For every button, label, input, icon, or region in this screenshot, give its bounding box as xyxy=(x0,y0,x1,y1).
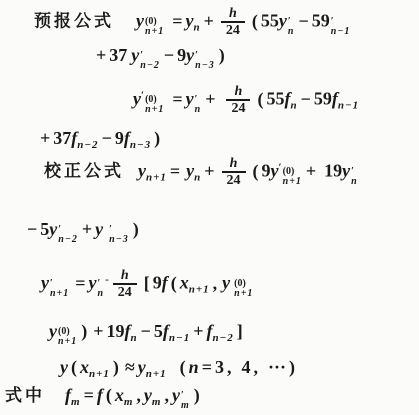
operator: ) xyxy=(154,128,160,148)
operator: , xyxy=(136,385,141,405)
number: 55 xyxy=(266,89,284,109)
superscript: ′ xyxy=(279,162,282,174)
number: 37 xyxy=(53,128,71,148)
variable: y xyxy=(95,219,103,239)
superscript-subscript-stack: ′n−3 xyxy=(109,225,129,245)
variable: y xyxy=(186,89,194,109)
operator: = xyxy=(75,273,85,293)
operator: + xyxy=(93,321,103,341)
fraction: h24 xyxy=(226,84,250,117)
predictor-derivative-line-2: +37fn−2−9fn−3) xyxy=(37,127,163,153)
operator: + xyxy=(306,161,316,181)
number: ··· xyxy=(268,357,286,377)
scanned-math-textbook-page: 预报公式y(0)n+1=yn+h24(55y′n−59′n−1+37y′n−2−… xyxy=(0,0,419,415)
operator: − xyxy=(102,128,112,148)
fraction-denominator: 24 xyxy=(221,21,245,39)
variable: y xyxy=(186,45,194,65)
number: 3 xyxy=(215,357,224,377)
variable: y xyxy=(271,161,279,181)
variable: y xyxy=(186,161,194,181)
operator: [ xyxy=(144,273,150,293)
variable: f xyxy=(162,273,168,293)
variable: x xyxy=(115,385,124,405)
operator: + xyxy=(205,89,215,109)
fraction-numerator: h xyxy=(221,6,245,21)
operator: ] xyxy=(237,321,243,341)
subscript: n−1 xyxy=(338,100,359,112)
predictor-formula-line-1: 预报公式y(0)n+1=yn+h24(55y′n−59′n−1 xyxy=(34,6,351,39)
number: 9 xyxy=(115,128,124,148)
number: 9 xyxy=(153,273,162,293)
subscript: m xyxy=(152,396,162,408)
variable: y xyxy=(60,357,68,377)
fraction-numerator: h xyxy=(222,156,246,171)
fraction-denominator: 24 xyxy=(226,99,250,117)
corrector-formula-line-1: 校正公式yn+1=yn+h24(9y′(0)n+1+19y′n xyxy=(44,156,359,189)
superscript-subscript-stack: ′n xyxy=(98,279,105,299)
operator: + xyxy=(96,45,106,65)
superscript-subscript-stack: ′n−3 xyxy=(195,51,215,71)
number: 19 xyxy=(107,321,125,341)
subscript: n+1 xyxy=(145,27,164,37)
operator: ( xyxy=(106,385,112,405)
operator: ) xyxy=(113,357,119,377)
variable: y xyxy=(222,273,230,293)
cjk-label: 校正公式 xyxy=(44,162,124,182)
fraction-numerator: h xyxy=(226,84,250,99)
operator: = xyxy=(84,385,94,405)
superscript-subscript-stack: (0)n+1 xyxy=(234,279,253,299)
number: 37 xyxy=(109,45,127,65)
number: 5 xyxy=(40,219,49,239)
operator: = xyxy=(172,11,182,31)
variable: y xyxy=(136,11,144,31)
operator: = xyxy=(170,161,180,181)
corrector-formula-line-2: −5y′n−2+y′n−3) xyxy=(24,218,142,245)
subscript: n+1 xyxy=(283,177,302,187)
number: 59 xyxy=(314,89,332,109)
subscript: n+1 xyxy=(145,105,164,115)
variable: y xyxy=(186,11,194,31)
superscript-subscript-stack: ′n+1 xyxy=(50,279,69,299)
corrector-derivative-line-1: y′n+1=y′n-h24[9f(xn+1,y(0)n+1 xyxy=(41,268,254,301)
superscript: ′ xyxy=(141,90,144,102)
operator: , xyxy=(253,357,258,377)
corrector-derivative-line-2: y(0)n+1)+19fn−5fn−1+fn−2] xyxy=(49,320,246,347)
subscript: n xyxy=(288,27,295,37)
operator: ) xyxy=(133,219,139,239)
subscript: n xyxy=(195,105,202,115)
operator: ) xyxy=(194,385,200,405)
fraction: h24 xyxy=(222,156,246,189)
subscript: n xyxy=(290,100,297,112)
operator: + xyxy=(193,321,203,341)
operator: ( xyxy=(171,273,177,293)
operator: ) xyxy=(289,357,295,377)
operator: − xyxy=(301,89,311,109)
subscript: n xyxy=(351,177,358,187)
number: 59 xyxy=(312,11,330,31)
superscript-subscript-stack: ′m xyxy=(181,391,190,411)
variable: y xyxy=(49,321,57,341)
operator: ≈ xyxy=(125,357,135,377)
subscript: n+1 xyxy=(234,289,253,299)
operator: ( xyxy=(257,89,263,109)
approximation-line: y(xn+1)≈yn+1(n=3,4,···) xyxy=(60,356,298,382)
operator: − xyxy=(164,45,174,65)
variable: x xyxy=(80,357,89,377)
subscript: n−2 xyxy=(58,235,78,245)
variable: y xyxy=(279,11,287,31)
superscript-subscript-stack: ′n xyxy=(351,167,358,187)
where-definition-line: 式中fm=f(xm,ym,y′m) xyxy=(5,384,203,411)
operator: , xyxy=(164,385,169,405)
operator: + xyxy=(204,11,214,31)
superscript-subscript-stack: ′n xyxy=(288,17,295,37)
subscript: n−3 xyxy=(109,235,129,245)
operator: , xyxy=(213,273,218,293)
operator: ) xyxy=(219,45,225,65)
superscript-subscript-stack: ′n xyxy=(195,95,202,115)
variable: y xyxy=(172,385,180,405)
variable: x xyxy=(180,273,189,293)
variable: y xyxy=(49,219,57,239)
fraction: h24 xyxy=(113,268,137,301)
subscript: n xyxy=(194,22,201,34)
fraction-numerator: h xyxy=(113,268,137,283)
subscript: n−3 xyxy=(130,139,151,151)
variable: y xyxy=(144,385,152,405)
number: 19 xyxy=(324,161,342,181)
number: 5 xyxy=(154,321,163,341)
variable: y xyxy=(133,89,141,109)
predictor-formula-line-2: +37y′n−2−9y′n−3) xyxy=(93,44,228,71)
subscript: n+1 xyxy=(50,289,69,299)
operator: − xyxy=(27,219,37,239)
subscript: n xyxy=(131,332,138,344)
operator: ( xyxy=(71,357,77,377)
fraction-denominator: 24 xyxy=(222,171,246,189)
superscript-subscript-stack: (0)n+1 xyxy=(145,95,164,115)
subscript: n+1 xyxy=(146,172,167,184)
variable: f xyxy=(97,385,103,405)
subscript: n xyxy=(98,289,105,299)
subscript: n−3 xyxy=(195,61,215,71)
superscript-subscript-stack: ′n−2 xyxy=(58,225,78,245)
number: 9 xyxy=(262,161,271,181)
operator: + xyxy=(204,161,214,181)
operator: + xyxy=(40,128,50,148)
cjk-label: 式中 xyxy=(5,386,45,406)
variable: n xyxy=(189,357,199,377)
operator: − xyxy=(141,321,151,341)
variable: y xyxy=(138,161,146,181)
superscript-subscript-stack: (0)n+1 xyxy=(145,17,164,37)
operator: , xyxy=(227,357,232,377)
predictor-derivative-line-1: y′(0)n+1=y′n+h24(55fn−59fn−1 xyxy=(133,84,359,117)
subscript: m xyxy=(124,396,134,408)
superscript-subscript-stack: ′n−2 xyxy=(140,51,160,71)
operator: + xyxy=(82,219,92,239)
variable: y xyxy=(41,273,49,293)
fraction: h24 xyxy=(221,6,245,39)
operator: ( xyxy=(180,357,186,377)
subscript: n−2 xyxy=(140,61,160,71)
subscript: n−1 xyxy=(169,332,190,344)
subscript: n+1 xyxy=(189,284,210,296)
variable: y xyxy=(89,273,97,293)
operator: = xyxy=(202,357,212,377)
number: 9 xyxy=(177,45,186,65)
variable: y xyxy=(131,45,139,65)
number: 4 xyxy=(241,357,250,377)
variable: y xyxy=(138,357,146,377)
operator: ) xyxy=(81,321,87,341)
cjk-label: 预报公式 xyxy=(34,12,114,32)
subscript: m xyxy=(71,396,81,408)
superscript-subscript-stack: ′n−1 xyxy=(331,17,351,37)
operator: = xyxy=(172,89,182,109)
superscript: - xyxy=(105,274,109,286)
subscript: n+1 xyxy=(58,337,77,347)
number: 55 xyxy=(261,11,279,31)
subscript: n+1 xyxy=(89,368,110,380)
variable: y xyxy=(342,161,350,181)
fraction-denominator: 24 xyxy=(113,283,137,301)
subscript: m xyxy=(181,401,190,411)
subscript: n−1 xyxy=(331,27,351,37)
subscript: n−2 xyxy=(77,139,98,151)
superscript-subscript-stack: (0)n+1 xyxy=(58,327,77,347)
operator: ( xyxy=(252,11,258,31)
subscript: n−2 xyxy=(212,332,233,344)
operator: − xyxy=(298,11,308,31)
operator: ( xyxy=(253,161,259,181)
subscript: n+1 xyxy=(146,368,167,380)
superscript-subscript-stack: (0)n+1 xyxy=(283,167,302,187)
subscript: n xyxy=(194,172,201,184)
